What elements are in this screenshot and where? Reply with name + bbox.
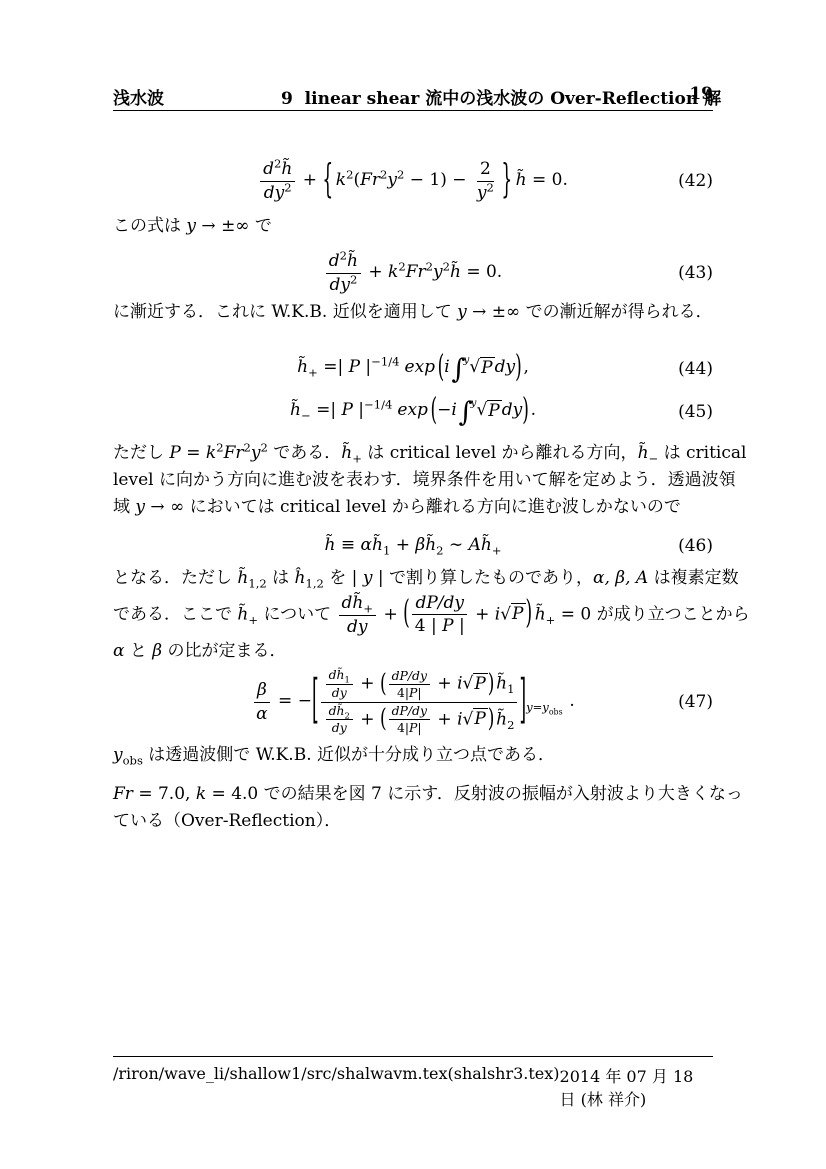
paragraph-4: となる．ただし h̃1,2 は ĥ1,2 を | y | で割り算したものであり… [113, 565, 719, 665]
paragraph-1: この式は y → ±∞ で [113, 213, 719, 240]
equation-45-number: (45) [678, 402, 713, 422]
equation-43: d2h̃dy2 + k2Fr2y2h̃ = 0. (43) [113, 246, 713, 300]
equation-46-content: h̃ ≡ αh̃1 + βh̃2 ∼ Ah̃+ [325, 535, 502, 557]
paragraph-line: 域 y → ∞ においては critical level から離れる方向に進む波… [113, 494, 719, 521]
paper-page: 浅水波 9 linear shear 流中の浅水波の Over-Reflecti… [0, 0, 826, 1169]
equation-47-content: βα = −[dh̃1dy + (dP/dy4|P| + i√P)h̃1dh̃2… [251, 667, 575, 736]
paragraph-line: ている（Over-Reflection）． [113, 808, 719, 835]
equation-42: d2h̃dy2 + {k2(Fr2y2 − 1) − 2y2}h̃ = 0. (… [113, 146, 713, 216]
equation-42-number: (42) [678, 171, 713, 191]
header-left-title: 浅水波 [113, 84, 164, 109]
equation-44-content: h̃+ =| P |−1/4exp(i∫y√Pdy), [297, 355, 529, 382]
paragraph-line: Fr = 7.0, k = 4.0 での結果を図 7 に示す．反射波の振幅が入射… [113, 781, 719, 808]
paragraph-line: ただし P = k2Fr2y2 である．h̃+ は critical level… [113, 440, 719, 467]
paragraph-5: yobs は透過波側で W.K.B. 近似が十分成り立つ点である． [113, 742, 719, 769]
equation-45-content: h̃− =| P |−1/4exp(−i∫y√Pdy). [290, 398, 536, 425]
paragraph-line: に漸近する．これに W.K.B. 近似を適用して y → ±∞ での漸近解が得ら… [113, 299, 719, 326]
equation-43-number: (43) [678, 263, 713, 283]
paragraph-line: この式は y → ±∞ で [113, 213, 719, 240]
paragraph-line: である．ここで h̃+ について dh̃+dy + (dP/dy4 | P | … [113, 592, 719, 638]
equation-47-number: (47) [678, 692, 713, 712]
equation-47: βα = −[dh̃1dy + (dP/dy4|P| + i√P)h̃1dh̃2… [113, 660, 713, 744]
footer-date: 2014 年 07 月 18 日 (林 祥介) [560, 1064, 713, 1110]
footer-file-path: /riron/wave_li/shallow1/src/shalwavm.tex… [113, 1064, 560, 1110]
page-header: 浅水波 9 linear shear 流中の浅水波の Over-Reflecti… [113, 84, 713, 111]
equation-46-number: (46) [678, 536, 713, 556]
header-section-title: 9 linear shear 流中の浅水波の Over-Reflection 解 [281, 84, 721, 109]
equation-46: h̃ ≡ αh̃1 + βh̃2 ∼ Ah̃+ (46) [113, 529, 713, 563]
equation-45: h̃− =| P |−1/4exp(−i∫y√Pdy). (45) [113, 390, 713, 434]
paragraph-line: となる．ただし h̃1,2 は ĥ1,2 を | y | で割り算したものであり… [113, 565, 719, 592]
paragraph-line: yobs は透過波側で W.K.B. 近似が十分成り立つ点である． [113, 742, 719, 769]
paragraph-3: ただし P = k2Fr2y2 である．h̃+ は critical level… [113, 440, 719, 521]
equation-43-content: d2h̃dy2 + k2Fr2y2h̃ = 0. [324, 250, 502, 295]
paragraph-6: Fr = 7.0, k = 4.0 での結果を図 7 に示す．反射波の振幅が入射… [113, 781, 719, 835]
equation-44-number: (44) [678, 359, 713, 379]
equation-44: h̃+ =| P |−1/4exp(i∫y√Pdy), (44) [113, 347, 713, 391]
paragraph-2: に漸近する．これに W.K.B. 近似を適用して y → ±∞ での漸近解が得ら… [113, 299, 719, 326]
page-footer: /riron/wave_li/shallow1/src/shalwavm.tex… [113, 1056, 713, 1110]
header-page-number: 19 [689, 84, 713, 104]
equation-42-content: d2h̃dy2 + {k2(Fr2y2 − 1) − 2y2}h̃ = 0. [258, 158, 568, 203]
paragraph-line: level に向かう方向に進む波を表わす．境界条件を用いて解を定めよう．透過波領 [113, 467, 719, 494]
